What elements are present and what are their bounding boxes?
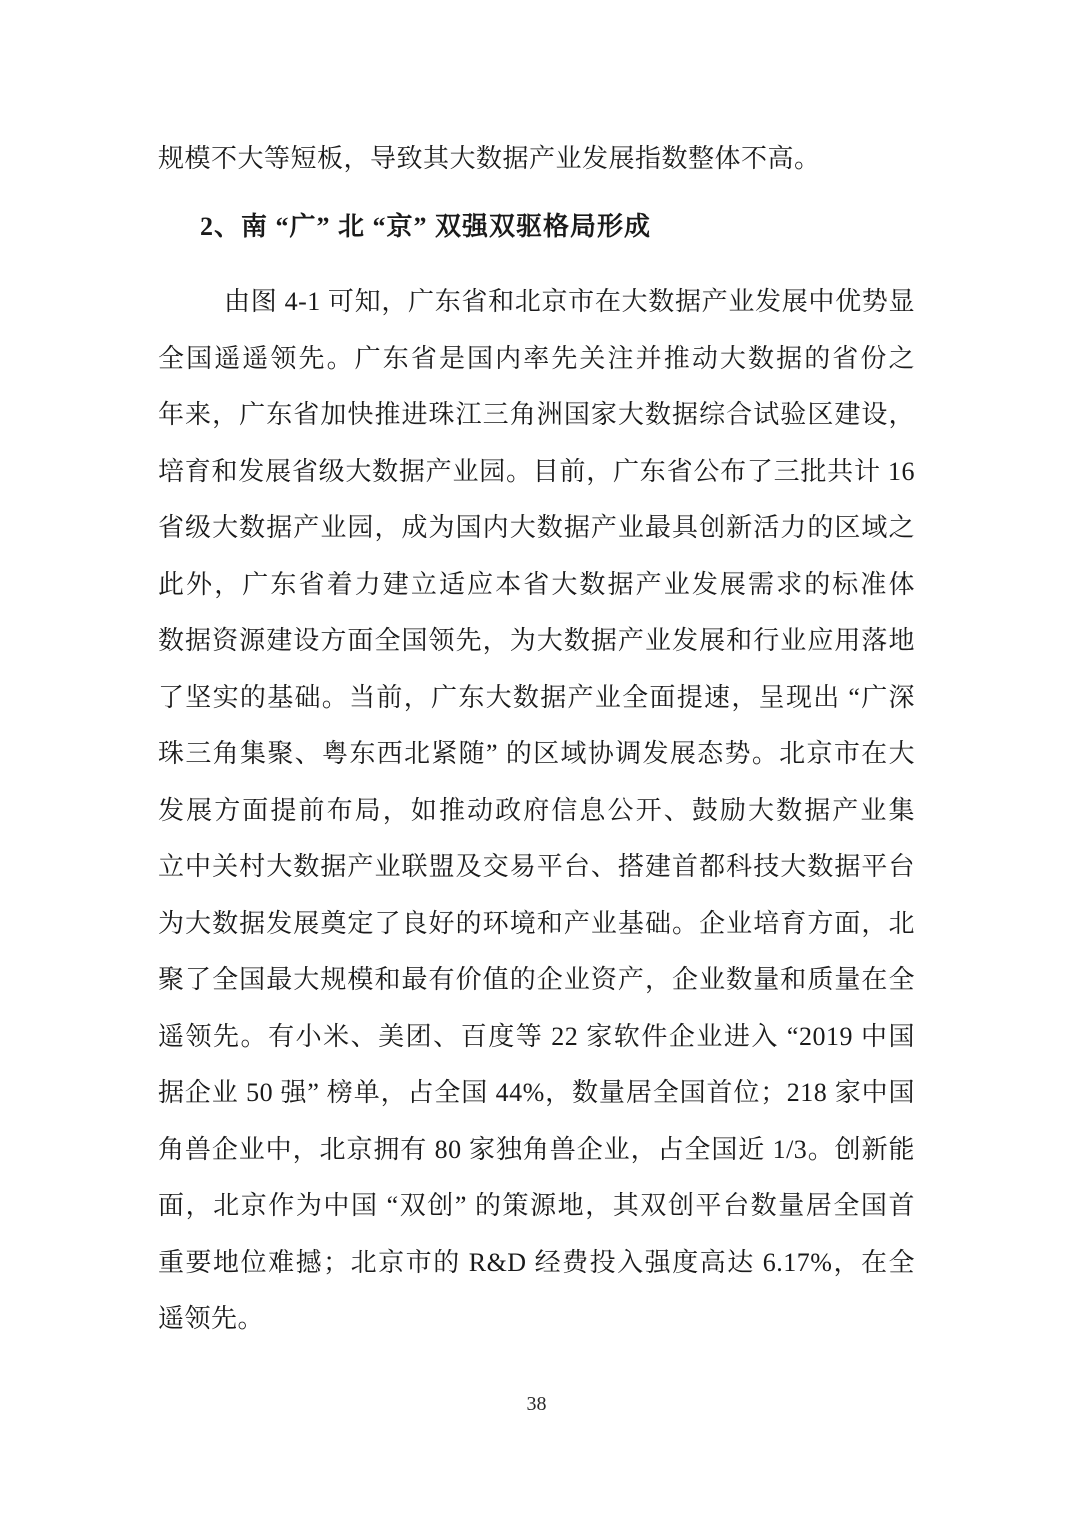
paragraph-line: 遥领先。	[158, 1291, 915, 1348]
paragraph-line: 发展方面提前布局，如推动政府信息公开、鼓励大数据产业集群、建	[158, 783, 915, 840]
paragraph-line: 省级大数据产业园，成为国内大数据产业最具创新活力的区域之一。	[158, 500, 915, 557]
paragraph-line: 数据资源建设方面全国领先，为大数据产业发展和行业应用落地奠定	[158, 613, 915, 670]
paragraph-line: 此外，广东省着力建立适应本省大数据产业发展需求的标准体系，在	[158, 557, 915, 614]
paragraph-line: 珠三角集聚、粤东西北紧随” 的区域协调发展态势。北京市在大数据	[158, 726, 915, 783]
paragraph-line: 据企业 50 强” 榜单，占全国 44%，数量居全国首位；218 家中国独	[158, 1065, 915, 1122]
paragraph-line: 年来，广东省加快推进珠江三角洲国家大数据综合试验区建设，积极	[158, 387, 915, 444]
paragraph-line: 培育和发展省级大数据产业园。目前，广东省公布了三批共计 16 个	[158, 444, 915, 501]
paragraph-line: 面，北京作为中国 “双创” 的策源地，其双创平台数量居全国首位，	[158, 1178, 915, 1235]
paragraph-line: 遥领先。有小米、美团、百度等 22 家软件企业进入 “2019 中国大数	[158, 1009, 915, 1066]
continuation-paragraph: 规模不大等短板，导致其大数据产业发展指数整体不高。	[158, 131, 915, 187]
paragraph-line: 全国遥遥领先。广东省是国内率先关注并推动大数据的省份之一。近	[158, 331, 915, 388]
body-paragraph: 由图 4-1 可知，广东省和北京市在大数据产业发展中优势显著，全国遥遥领先。广东…	[158, 274, 915, 1348]
paragraph-line: 重要地位难撼；北京市的 R&D 经费投入强度高达 6.17%，在全国遥	[158, 1235, 915, 1292]
page-number: 38	[158, 1390, 915, 1418]
paragraph-line: 为大数据发展奠定了良好的环境和产业基础。企业培育方面，北京积	[158, 896, 915, 953]
paragraph-line: 聚了全国最大规模和最有价值的企业资产，企业数量和质量在全国遥	[158, 952, 915, 1009]
document-page: 规模不大等短板，导致其大数据产业发展指数整体不高。 2、南 “广” 北 “京” …	[0, 0, 1080, 1527]
section-heading: 2、南 “广” 北 “京” 双强双驱格局形成	[158, 199, 915, 255]
paragraph-line: 由图 4-1 可知，广东省和北京市在大数据产业发展中优势显著，	[158, 274, 915, 331]
paragraph-line: 立中关村大数据产业联盟及交易平台、搭建首都科技大数据平台等，	[158, 839, 915, 896]
paragraph-line: 角兽企业中，北京拥有 80 家独角兽企业，占全国近 1/3。创新能力方	[158, 1122, 915, 1179]
paragraph-line: 了坚实的基础。当前，广东大数据产业全面提速，呈现出 “广深引领、	[158, 670, 915, 727]
